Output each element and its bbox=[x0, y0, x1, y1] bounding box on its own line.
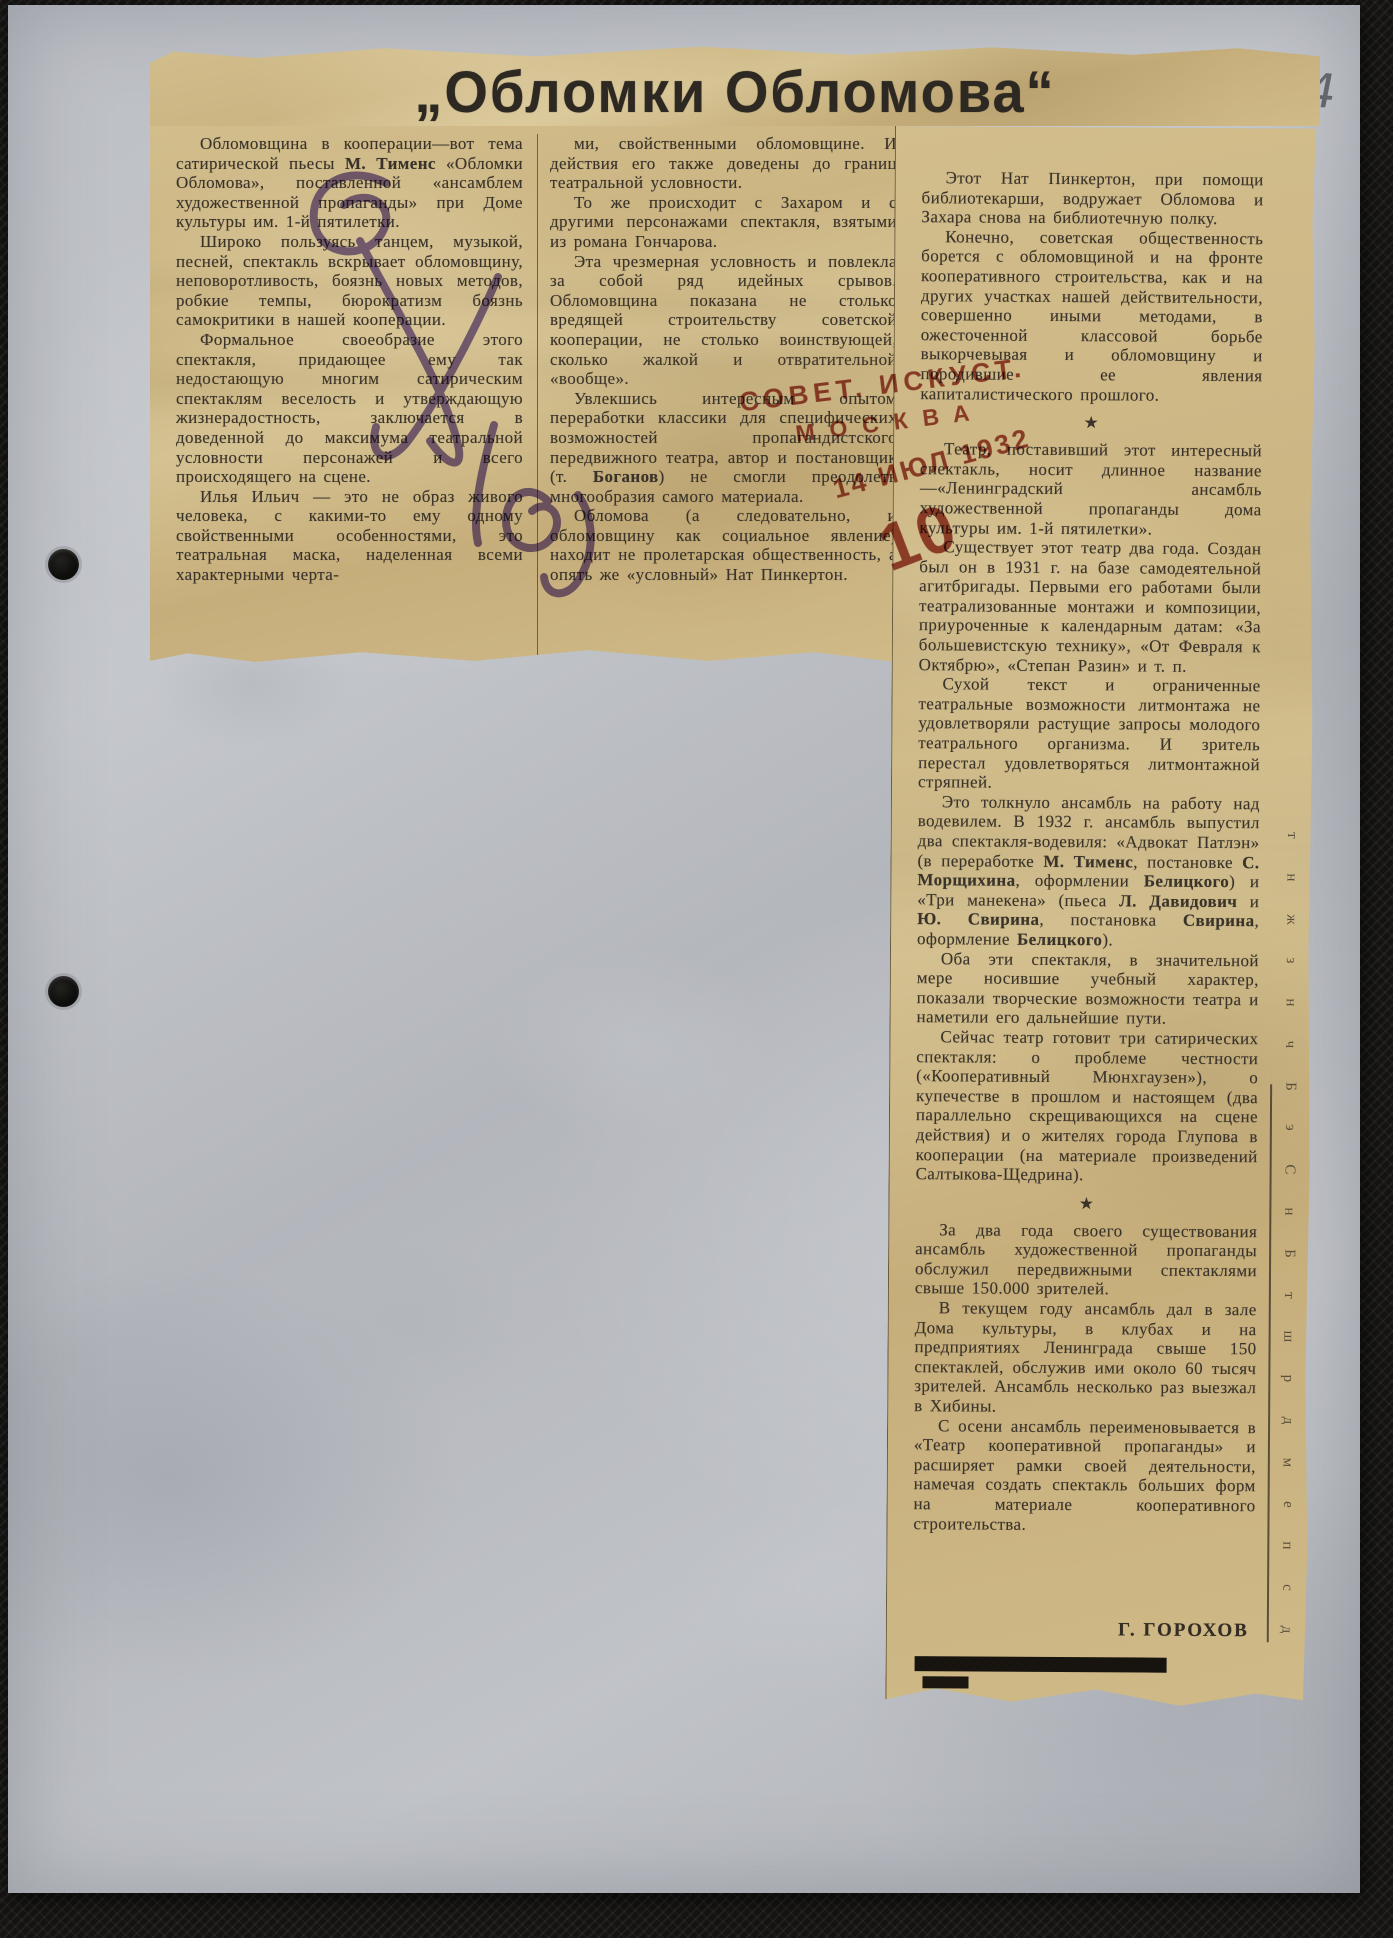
byline: Г. ГОРОХОВ bbox=[913, 1608, 1255, 1656]
article-paragraph: Обломова (а следовательно, и обломовщину… bbox=[550, 506, 897, 584]
article-paragraph: Оба эти спектакля, в значительной мере н… bbox=[916, 949, 1258, 1029]
edge-letter: С bbox=[1283, 1165, 1297, 1175]
clipping-columns-block: Обломовщина в кооперации—вот тема сатири… bbox=[150, 126, 905, 663]
clipping-headline-band: „Обломки Обломова“ bbox=[150, 45, 1320, 126]
article-paragraph: За два года своего существования ансамбл… bbox=[915, 1220, 1257, 1300]
album-page: 34 „Обломки Обломова“ Обломовщина в кооп… bbox=[8, 5, 1360, 1893]
edge-letter: т bbox=[1282, 1292, 1296, 1299]
article-paragraph: Конечно, советская общественность боретс… bbox=[920, 227, 1263, 405]
edge-letter: д bbox=[1280, 1625, 1294, 1633]
torn-print-bar bbox=[915, 1656, 1167, 1673]
clipping-right-strip: Этот Нат Пинкертон, при помощи библиотек… bbox=[885, 126, 1316, 1707]
article-paragraph: Широко пользуясь танцем, музыкой, песней… bbox=[176, 232, 523, 330]
edge-letter: н bbox=[1282, 1207, 1296, 1215]
edge-letter: с bbox=[1280, 1584, 1294, 1591]
article-paragraph: Сейчас театр готовит три сатирических сп… bbox=[916, 1027, 1259, 1186]
star-separator: ★ bbox=[920, 403, 1262, 441]
edge-letter: р bbox=[1281, 1375, 1295, 1383]
edge-letter: з bbox=[1284, 958, 1298, 964]
clipping-bottom-bar bbox=[912, 1654, 1254, 1696]
article-paragraph: То же происходит с Захаром и с другими п… bbox=[550, 193, 897, 252]
edge-letter: д bbox=[1281, 1416, 1295, 1424]
article-paragraph: Этот Нат Пинкертон, при помощи библиотек… bbox=[921, 168, 1263, 229]
edge-letter: н bbox=[1284, 873, 1298, 881]
article-paragraph: Формальное своеобразие этого спектакля, … bbox=[176, 330, 523, 487]
edge-letter: е bbox=[1281, 1501, 1295, 1508]
edge-letter: ж bbox=[1284, 914, 1298, 924]
edge-letter: э bbox=[1283, 1125, 1297, 1132]
edge-letter: м bbox=[1281, 1457, 1295, 1467]
punch-hole-top bbox=[48, 549, 79, 580]
edge-letters: тнжзнчБэСнБтшрдмепсд bbox=[1275, 828, 1304, 1636]
article-paragraph: Илья Ильич — это не образ живого человек… bbox=[176, 487, 523, 585]
edge-letter: ш bbox=[1282, 1331, 1296, 1343]
column-3: Этот Нат Пинкертон, при помощи библиотек… bbox=[913, 168, 1264, 1610]
torn-print-fragment bbox=[922, 1676, 968, 1688]
article-paragraph: С осени ансамбль переименовывается в «Те… bbox=[913, 1416, 1256, 1536]
column-1: Обломовщина в кооперации—вот тема сатири… bbox=[176, 134, 523, 663]
edge-letter: н bbox=[1284, 998, 1298, 1006]
edge-letter: т bbox=[1285, 832, 1299, 839]
article-paragraph: В текущем году ансамбль дал в зале Дома … bbox=[914, 1298, 1257, 1418]
column-2: ми, свойственными обломовщине. И действи… bbox=[550, 134, 897, 663]
edge-letter: п bbox=[1280, 1542, 1294, 1550]
punch-hole-bottom bbox=[48, 976, 79, 1007]
edge-letter: Б bbox=[1283, 1082, 1297, 1091]
article-paragraph: Театр, поставивший этот интересный спект… bbox=[919, 439, 1262, 539]
article-paragraph: Обломовщина в кооперации—вот тема сатири… bbox=[176, 134, 523, 232]
article-paragraph: Сухой текст и ограниченные театральные в… bbox=[918, 674, 1261, 794]
article-paragraph: Существует этот театр два года. Создан б… bbox=[919, 537, 1262, 676]
edge-letter: Б bbox=[1282, 1249, 1296, 1258]
article-paragraph: Эта чрезмерная условность и повлекла за … bbox=[550, 252, 897, 389]
edge-letter: ч bbox=[1283, 1041, 1297, 1049]
star-separator: ★ bbox=[915, 1184, 1257, 1222]
article-paragraph: Увлекшись интересным опытом переработки … bbox=[550, 389, 897, 507]
column-divider bbox=[537, 134, 538, 657]
article-paragraph: Это толкнуло ансамбль на работу над воде… bbox=[917, 792, 1260, 951]
article-headline: „Обломки Обломова“ bbox=[150, 43, 1320, 127]
article-paragraph: ми, свойственными обломовщине. И действи… bbox=[550, 134, 897, 193]
